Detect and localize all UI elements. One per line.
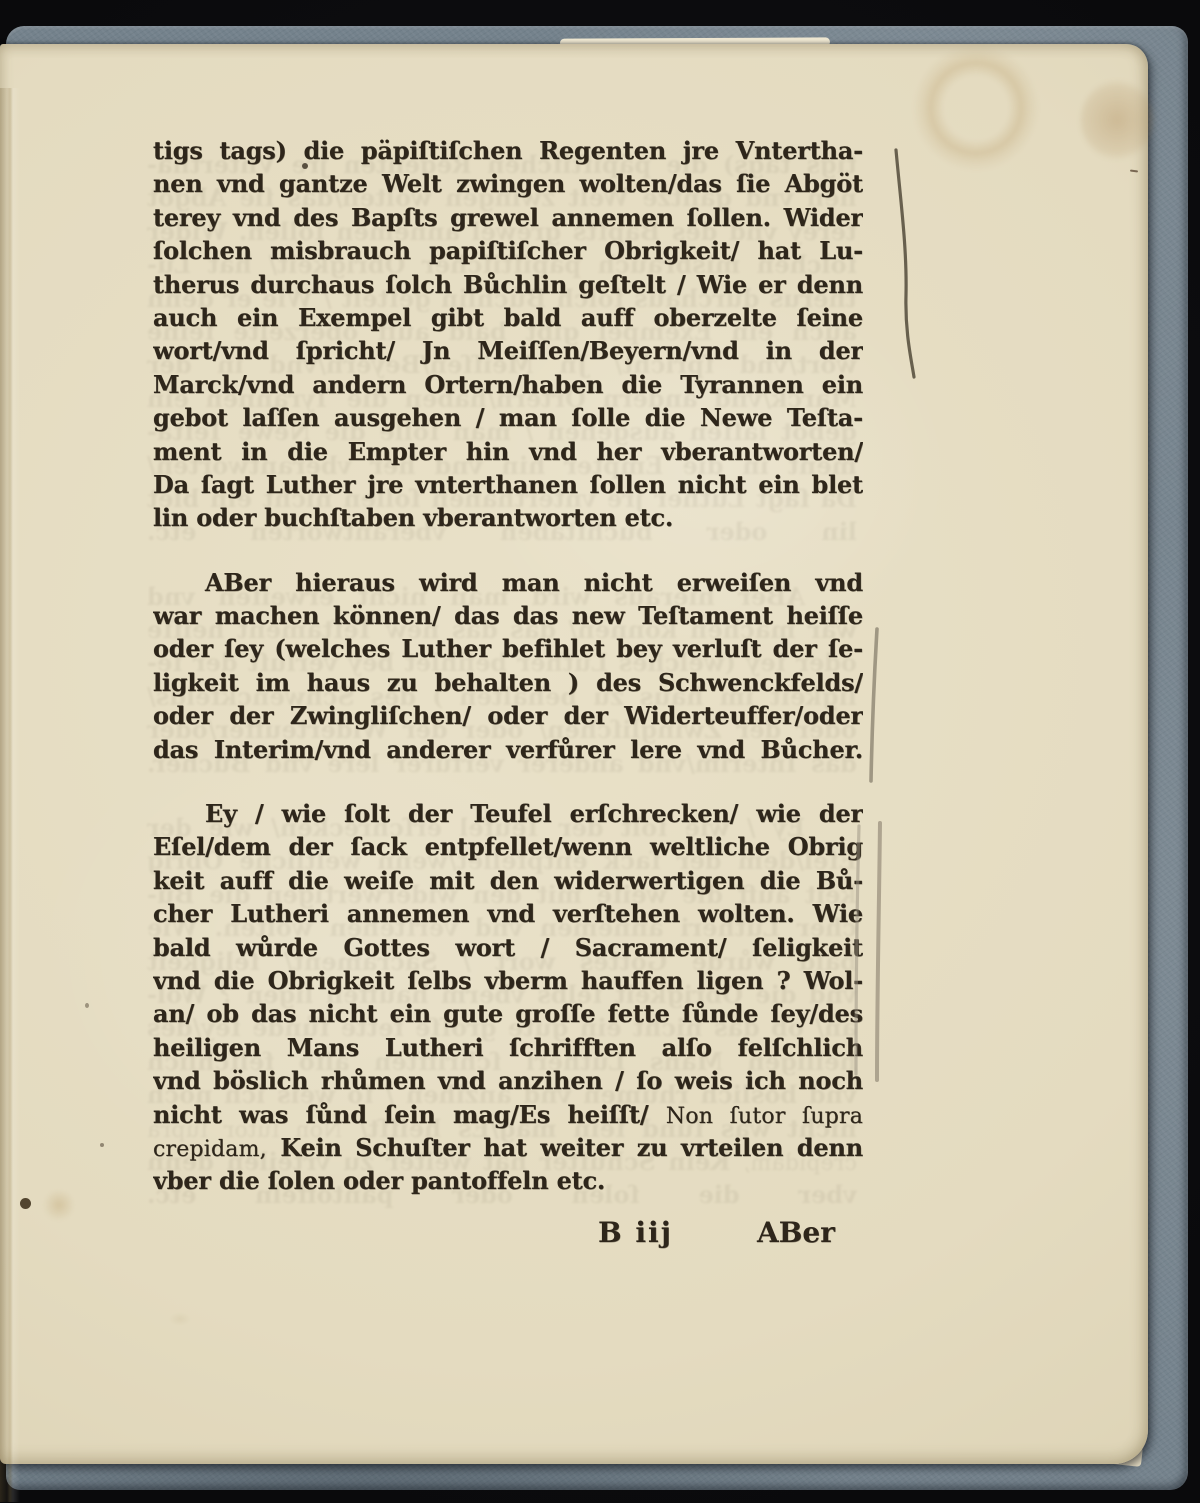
corner-stain: [1080, 80, 1154, 160]
paragraph-1: tigs tags) die päpiſtiſchen Regenten jre…: [153, 134, 863, 535]
fraktur-type-segment: Da ſagt Luther jre vnterthanen ſollen ni…: [153, 470, 863, 499]
water-ring-stain: [903, 38, 1049, 178]
text-line: vnd böslich rhůmen vnd anzihen / ſo weis…: [153, 1064, 863, 1097]
fraktur-type-segment: lin oder buchſtaben vberantworten etc.: [153, 503, 673, 532]
text-line: Eſel/dem der ſack entpfellet/wenn weltli…: [153, 830, 863, 863]
text-line: auch ein Exempel gibt bald auff oberzelt…: [153, 301, 863, 334]
fraktur-type-segment: tigs tags) die päpiſtiſchen Regenten jre…: [153, 136, 863, 165]
fraktur-type-segment: cher Lutheri annemen vnd verſtehen wolte…: [153, 899, 863, 928]
text-line: an/ ob das nicht ein gute groſſe fette ſ…: [153, 997, 863, 1030]
text-line: terey vnd des Bapſts grewel annemen ſoll…: [153, 201, 863, 234]
catchword: ABer: [757, 1216, 835, 1249]
text-line: crepidam, Kein Schuſter hat weiter zu vr…: [153, 1131, 863, 1164]
text-line: war machen können/ das das new Teſtament…: [153, 599, 863, 632]
signature-mark: B iij: [598, 1216, 673, 1249]
fraktur-type-segment: auch ein Exempel gibt bald auff oberzelt…: [153, 303, 863, 332]
roman-type-segment: Non ſutor ſupra: [666, 1104, 863, 1129]
fraktur-type-segment: war machen können/ das das new Teſtament…: [153, 601, 863, 630]
fraktur-type-segment: gebot laſſen ausgehen / man ſolle die Ne…: [153, 403, 863, 432]
fraktur-type-segment: Ey / wie ſolt der Teufel erſchrecken/ wi…: [205, 799, 863, 828]
ink-dot-bottom-left: [20, 1198, 31, 1209]
text-line: ment in die Empter hin vnd her vberantwo…: [153, 435, 863, 468]
paragraph-3: Ey / wie ſolt der Teufel erſchrecken/ wi…: [153, 797, 863, 1198]
fraktur-type-segment: ABer hieraus wird man nicht erweiſen vnd: [205, 568, 863, 597]
fraktur-type-segment: oder ſey (welches Luther befihlet bey ve…: [153, 634, 863, 663]
text-line: vnd die Obrigkeit ſelbs vberm hauffen li…: [153, 964, 863, 997]
text-line: ABer hieraus wird man nicht erweiſen vnd: [153, 566, 863, 599]
fraktur-type-segment: keit auff die weiſe mit den widerwertige…: [153, 866, 863, 895]
fiber-speck: [100, 1143, 104, 1147]
fraktur-type-segment: nicht was ſůnd ſein mag/Es heiſſt/: [153, 1100, 666, 1129]
text-block: tigs tags) die päpiſtiſchen Regenten jre…: [153, 134, 863, 1198]
text-line: tigs tags) die päpiſtiſchen Regenten jre…: [153, 134, 863, 167]
text-line: bald wůrde Gottes wort / Sacrament/ ſeli…: [153, 931, 863, 964]
text-line: vber die ſolen oder pantoffeln etc.: [153, 1164, 863, 1197]
fraktur-type-segment: bald wůrde Gottes wort / Sacrament/ ſeli…: [153, 933, 863, 962]
fraktur-type-segment: vnd die Obrigkeit ſelbs vberm hauffen li…: [153, 966, 863, 995]
text-line: ſolchen misbrauch papiſtiſcher Obrigkeit…: [153, 234, 863, 267]
text-line: heiligen Mans Lutheri ſchrifften alſo fe…: [153, 1031, 863, 1064]
text-line: wort/vnd ſpricht/ Jn Meiſſen/Beyern/vnd …: [153, 334, 863, 367]
text-line: oder ſey (welches Luther befihlet bey ve…: [153, 632, 863, 665]
fraktur-type-segment: ment in die Empter hin vnd her vberantwo…: [153, 437, 863, 466]
text-line: therus durchaus ſolch Bůchlin geſtelt / …: [153, 268, 863, 301]
fraktur-type-segment: Eſel/dem der ſack entpfellet/wenn weltli…: [153, 832, 863, 861]
paragraph-2: ABer hieraus wird man nicht erweiſen vnd…: [153, 566, 863, 766]
fraktur-type-segment: vber die ſolen oder pantoffeln etc.: [153, 1166, 605, 1195]
fraktur-type-segment: wort/vnd ſpricht/ Jn Meiſſen/Beyern/vnd …: [153, 336, 863, 365]
text-line: keit auff die weiſe mit den widerwertige…: [153, 864, 863, 897]
fraktur-type-segment: an/ ob das nicht ein gute groſſe fette ſ…: [153, 999, 863, 1028]
small-stain: [42, 1190, 76, 1220]
scan-background: tigs tags) die päpiſtiſchen Regenten jre…: [0, 0, 1200, 1503]
text-line: lin oder buchſtaben vberantworten etc.: [153, 501, 863, 534]
fraktur-type-segment: heiligen Mans Lutheri ſchrifften alſo fe…: [153, 1033, 863, 1062]
text-line: oder der Zwingliſchen/ oder der Widerteu…: [153, 699, 863, 732]
fraktur-type-segment: oder der Zwingliſchen/ oder der Widerteu…: [153, 701, 863, 730]
text-line: nen vnd gantze Welt zwingen wolten/das ſ…: [153, 167, 863, 200]
fraktur-type-segment: therus durchaus ſolch Bůchlin geſtelt / …: [153, 270, 863, 299]
fraktur-type-segment: ligkeit im haus zu behalten ) des Schwen…: [153, 668, 863, 697]
text-line: das Interim/vnd anderer verfůrer lere vn…: [153, 733, 863, 766]
gutter-crease: [0, 88, 22, 1502]
text-line: ligkeit im haus zu behalten ) des Schwen…: [153, 666, 863, 699]
margin-speck: [85, 1003, 89, 1008]
text-line: gebot laſſen ausgehen / man ſolle die Ne…: [153, 401, 863, 434]
text-line: Ey / wie ſolt der Teufel erſchrecken/ wi…: [153, 797, 863, 830]
fraktur-type-segment: nen vnd gantze Welt zwingen wolten/das ſ…: [153, 169, 863, 198]
fraktur-type-segment: terey vnd des Bapſts grewel annemen ſoll…: [153, 203, 863, 232]
fraktur-type-segment: Kein Schuſter hat weiter zu vrteilen den…: [267, 1133, 863, 1162]
text-line: Marck/vnd andern Ortern/haben die Tyrann…: [153, 368, 863, 401]
edge-dash: [1130, 169, 1138, 172]
text-line: cher Lutheri annemen vnd verſtehen wolte…: [153, 897, 863, 930]
roman-type-segment: crepidam,: [153, 1137, 267, 1162]
fraktur-type-segment: das Interim/vnd anderer verfůrer lere vn…: [153, 735, 863, 764]
text-line: nicht was ſůnd ſein mag/Es heiſſt/ Non ſ…: [153, 1098, 863, 1131]
text-line: Da ſagt Luther jre vnterthanen ſollen ni…: [153, 468, 863, 501]
fraktur-type-segment: vnd böslich rhůmen vnd anzihen / ſo weis…: [153, 1066, 863, 1095]
fraktur-type-segment: Marck/vnd andern Ortern/haben die Tyrann…: [153, 370, 863, 399]
fraktur-type-segment: ſolchen misbrauch papiſtiſcher Obrigkeit…: [153, 236, 863, 265]
